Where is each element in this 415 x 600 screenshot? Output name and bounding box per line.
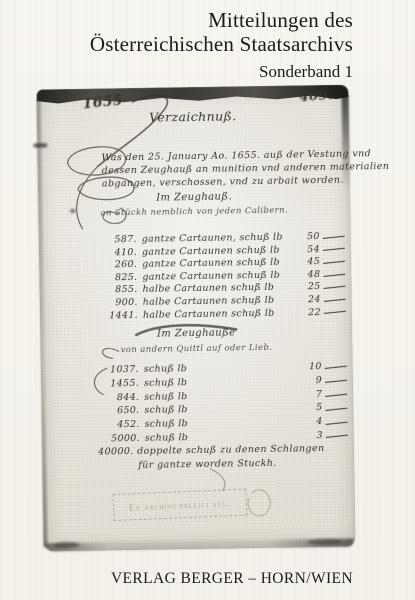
item-label: schuß lb: [144, 389, 308, 403]
item-label: schuß lb: [145, 430, 309, 444]
manuscript-photo: 1655 409. Verzaichnuß. Was den 25. Janua…: [36, 85, 355, 552]
item-label: schuß lb: [144, 375, 308, 389]
item-value: 7: [308, 389, 322, 400]
series-title-line2: Österreichischen Staatsarchivs: [90, 33, 353, 57]
section1-heading: Im Zeughauß.: [38, 190, 350, 206]
item-value: 50: [306, 231, 320, 242]
item-label: schuß lb: [144, 361, 308, 375]
flourish-dash: [324, 311, 346, 314]
publisher-imprint: VERLAG BERGER – HORN/WIEN: [111, 570, 353, 588]
archive-stamp: Ex archivi bellici aul.: [112, 488, 247, 521]
item-value: 5: [308, 402, 322, 413]
item-quantity: 410.: [99, 247, 137, 259]
handwritten-folio-number: 409.: [299, 88, 333, 105]
item-label: gantze Cartaunen schuß lb: [142, 244, 306, 258]
item-quantity: 1455.: [101, 378, 139, 390]
item-label: schuß lb: [144, 403, 308, 417]
item-label: gantze Cartaunen schuß lb: [142, 256, 306, 270]
flourish-dash: [325, 394, 347, 397]
flourish-dash: [324, 286, 346, 289]
series-title: Mitteilungen des Österreichischen Staats…: [90, 9, 353, 57]
flourish-dash: [323, 261, 345, 264]
item-quantity: 825.: [99, 272, 137, 284]
item-quantity: 900.: [100, 297, 138, 309]
item-quantity: 260.: [99, 259, 137, 271]
item-value: 10: [308, 361, 322, 372]
inventory-list-2: 1037.schuß lb10 1455.schuß lb9 844.schuß…: [101, 361, 348, 448]
item-value: 22: [307, 307, 321, 318]
item-label: gantze Cartaunen, schuß lb: [142, 231, 306, 245]
item-quantity: 452.: [102, 419, 140, 431]
title-block: Mitteilungen des Österreichischen Staats…: [90, 9, 353, 82]
series-title-line1: Mitteilungen des: [90, 9, 353, 33]
item-quantity: 5000.: [102, 433, 140, 445]
list-item: 1441.halbe Cartaunen schuß lb22: [100, 306, 346, 322]
item-label: gantze Cartaunen schuß lb: [142, 269, 306, 283]
flourish-dash: [326, 435, 348, 438]
item-value: 48: [306, 269, 320, 280]
item-value: 4: [309, 416, 323, 427]
item-value: 24: [307, 294, 321, 305]
item-value: 25: [306, 281, 320, 292]
item-quantity: 1441.: [100, 309, 138, 321]
paper-edge-shadow-left: [37, 99, 48, 547]
item-quantity: 844.: [101, 391, 139, 403]
item-label: halbe Cartaunen schuß lb: [142, 282, 306, 296]
section2-heading: Im Zeughauße: [40, 326, 352, 342]
flourish-dash: [324, 298, 346, 301]
item-quantity: 855.: [99, 284, 137, 296]
item-value: 54: [306, 244, 320, 255]
flourish-dash: [325, 366, 347, 369]
volume-subtitle: Sonderband 1: [90, 62, 353, 82]
item-value: 9: [308, 375, 322, 386]
item-value: 3: [309, 430, 323, 441]
book-cover: Mitteilungen des Österreichischen Staats…: [0, 0, 415, 600]
item-value: 45: [306, 256, 320, 267]
item-quantity: 650.: [101, 405, 139, 417]
item-quantity: 587.: [99, 234, 137, 246]
flourish-dash: [326, 421, 348, 424]
ink-smudge: [33, 143, 47, 147]
flourish-dash: [323, 248, 345, 251]
inventory-list-1: 587.gantze Cartaunen, schuß lb50 410.gan…: [99, 231, 346, 323]
section1-subheading: an Stückh nemblich von jeden Calibern.: [38, 205, 350, 220]
item-label: halbe Cartaunen schuß lb: [143, 294, 307, 308]
flourish-dash: [323, 273, 345, 276]
flourish-dash: [323, 235, 345, 238]
item-label: halbe Cartaunen schuß lb: [143, 307, 307, 321]
flourish-dash: [325, 380, 347, 383]
item-label: schuß lb: [145, 416, 309, 430]
section2-subheading: von andern Quittl auf oder Lieb.: [40, 342, 352, 357]
manuscript-intro-paragraph: Was den 25. January Ao. 1655. auß der Ve…: [101, 147, 389, 191]
manuscript-closing-line: für gantze worden Stuckh.: [138, 458, 277, 471]
inventory-long-row: 40000. doppelte schuß zu denen Schlangen: [98, 443, 325, 458]
flourish-dash: [325, 407, 347, 410]
item-quantity: 1037.: [101, 364, 139, 376]
